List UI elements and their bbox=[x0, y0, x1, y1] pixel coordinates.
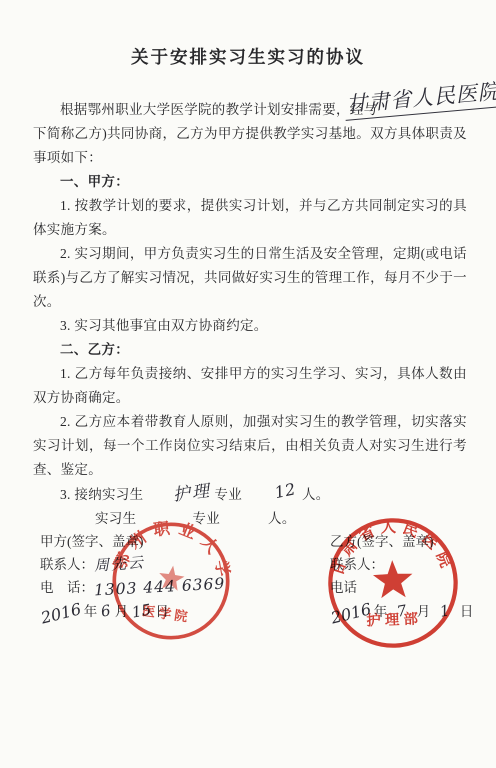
party-b-item: 1. 乙方每年负责接纳、安排甲方的实习生学习、实习，具体人数由双方协商确定。 bbox=[33, 362, 467, 410]
intro-continuation: 下简称乙方)共同协商，乙方为甲方提供教学实习基地。双方具体职责及事项如下： bbox=[33, 122, 467, 170]
accept-mid: 专业 bbox=[214, 487, 242, 502]
phone-label: 电话 bbox=[330, 580, 357, 595]
blank-line-part: 专业 bbox=[192, 511, 220, 526]
handwritten-hospital-name: 甘肃省人民医院 bbox=[343, 75, 496, 121]
phone-label: 电 话： bbox=[40, 580, 94, 595]
month-label: 月 bbox=[417, 604, 431, 619]
handwritten-day: 15 bbox=[130, 599, 153, 625]
party-b-item: 2. 乙方应本着带教育人原则，加强对实习生的教学管理，切实落实实习计划，每一个工… bbox=[33, 410, 467, 482]
party-a-item: 2. 实习期间，甲方负责实习生的日常生活及安全管理，定期(或电话联系)与乙方了解… bbox=[33, 242, 467, 314]
party-b-phone-row: 电话 bbox=[330, 576, 473, 599]
contact-label: 联系人： bbox=[40, 557, 94, 572]
handwritten-month: 6 bbox=[99, 599, 112, 623]
party-b-date-row: 2016年7月1日 bbox=[330, 599, 473, 623]
day-label: 日 bbox=[460, 604, 474, 619]
agreement-document-page: 关于安排实习生实习的协议 根据鄂州职业大学医学院的教学计划安排需要，经与 下简称… bbox=[0, 0, 496, 768]
year-label: 年 bbox=[84, 604, 98, 619]
handwritten-contact-name: 周先云 bbox=[93, 551, 145, 578]
party-b-signature-block: 乙方(签字、盖章) 联系人： 电话 2016年7月1日 bbox=[330, 530, 473, 623]
accept-suffix: 人。 bbox=[302, 487, 330, 502]
month-label: 月 bbox=[115, 604, 129, 619]
document-body: 根据鄂州职业大学医学院的教学计划安排需要，经与 下简称乙方)共同协商，乙方为甲方… bbox=[33, 98, 467, 531]
party-b-label: 乙方(签字、盖章) bbox=[330, 530, 473, 553]
party-b-heading: 二、乙方： bbox=[33, 338, 467, 362]
party-a-contact-row: 联系人：周先云 bbox=[40, 553, 225, 576]
party-a-phone-row: 电 话：1303 444 6369 bbox=[40, 576, 225, 599]
handwritten-month: 7 bbox=[395, 599, 408, 623]
day-label: 日 bbox=[155, 604, 169, 619]
party-a-heading: 一、甲方： bbox=[33, 170, 467, 194]
party-a-date-row: 2016年6月15日 bbox=[40, 599, 225, 623]
year-label: 年 bbox=[374, 604, 388, 619]
contact-label: 联系人： bbox=[330, 557, 384, 572]
accept-interns-line: 3. 接纳实习生护理专业12人。 bbox=[33, 482, 467, 507]
party-a-label: 甲方(签字、盖章) bbox=[40, 530, 225, 553]
party-a-item: 3. 实习其他事宜由双方协商约定。 bbox=[33, 314, 467, 338]
handwritten-phone-number: 1303 444 6369 bbox=[93, 573, 225, 603]
handwritten-year: 2016 bbox=[329, 597, 374, 629]
handwritten-year: 2016 bbox=[39, 597, 84, 629]
blank-line-part: 人。 bbox=[268, 511, 296, 526]
party-b-contact-row: 联系人： bbox=[330, 553, 473, 576]
accept-prefix: 3. 接纳实习生 bbox=[60, 487, 143, 502]
handwritten-day: 1 bbox=[438, 599, 451, 623]
party-a-signature-block: 甲方(签字、盖章) 联系人：周先云 电 话：1303 444 6369 2016… bbox=[40, 530, 225, 623]
blank-line-part: 实习生 bbox=[95, 511, 136, 526]
document-title: 关于安排实习生实习的协议 bbox=[0, 44, 496, 69]
handwritten-count: 12 bbox=[246, 477, 298, 510]
party-a-item: 1. 按教学计划的要求，提供实习计划，并与乙方共同制定实习的具体实施方案。 bbox=[33, 194, 467, 242]
